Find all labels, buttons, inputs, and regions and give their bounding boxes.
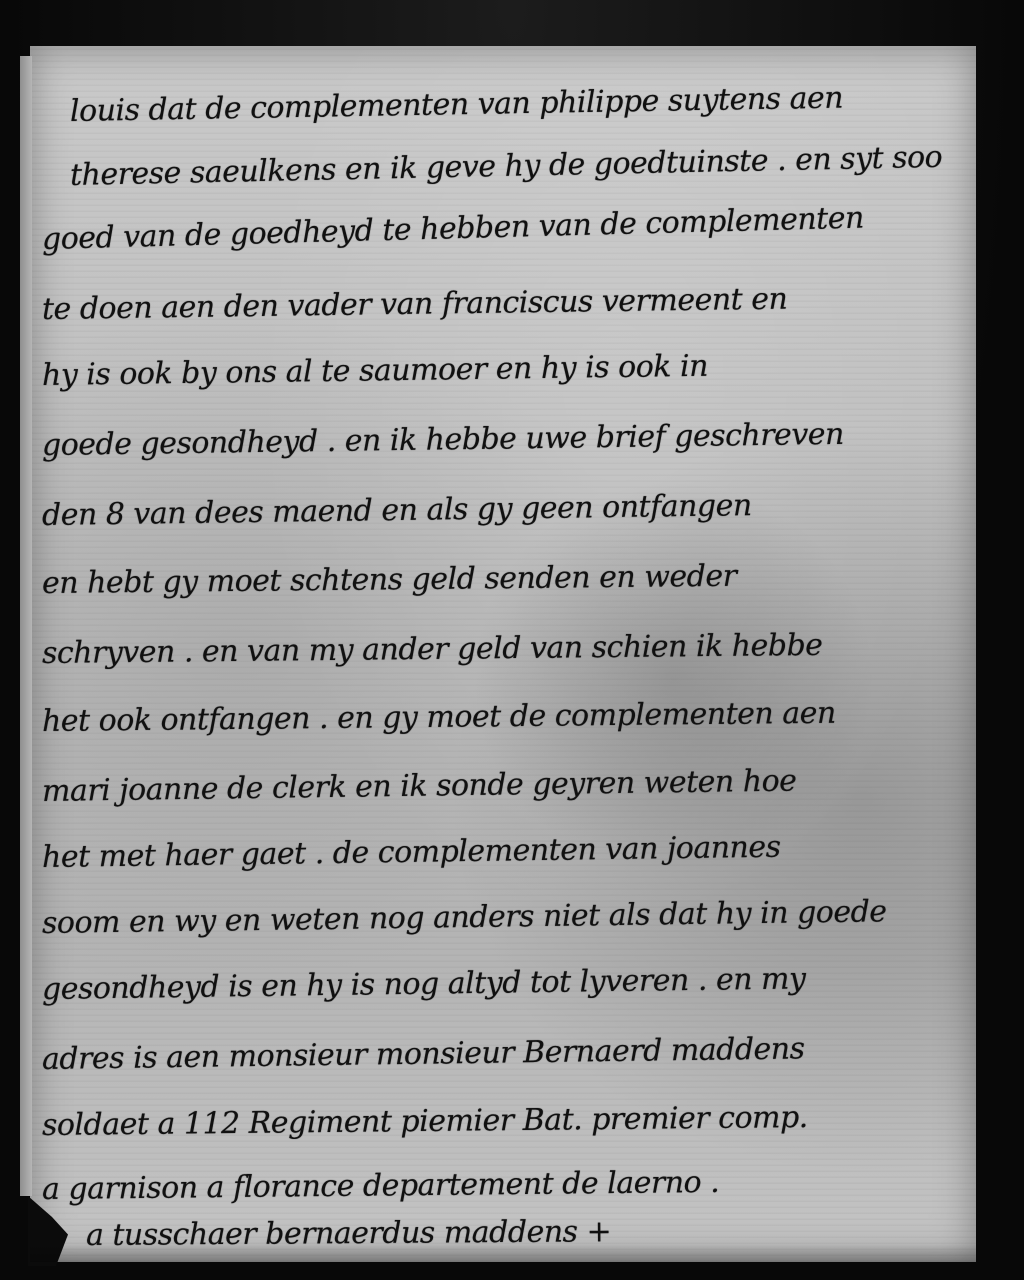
letter-line-4: te doen aen den vader van franciscus ver… — [42, 282, 788, 327]
letter-line-16-address: soldaet a 112 Regiment piemier Bat. prem… — [42, 1100, 808, 1143]
letter-line-3: goed van de goedheyd te hebben van de co… — [42, 200, 865, 257]
letter-line-11: mari joanne de clerk en ik sonde geyren … — [42, 763, 797, 809]
letter-line-1: louis dat de complementen van philippe s… — [70, 81, 844, 129]
letter-line-14: gesondheyd is en hy is nog altyd tot lyv… — [42, 961, 806, 1007]
letter-line-13: soom en wy en weten nog anders niet als … — [42, 894, 887, 941]
letter-line-12: het met haer gaet . de complementen van … — [42, 830, 781, 875]
letter-line-15: adres is aen monsieur monsieur Bernaerd … — [42, 1031, 805, 1077]
letter-signature-line: a tusschaer bernaerdus maddens + — [86, 1214, 611, 1253]
letter-line-8: en hebt gy moet schtens geld senden en w… — [42, 559, 737, 601]
letter-page: louis dat de complementen van philippe s… — [30, 46, 976, 1262]
letter-line-5: hy is ook by ons al te saumoer en hy is … — [42, 349, 708, 393]
letter-line-7: den 8 van dees maend en als gy geen ontf… — [42, 488, 752, 533]
letter-line-17-garrison: a garnison a florance departement de lae… — [42, 1165, 720, 1207]
letter-line-10: het ook ontfangen . en gy moet de comple… — [42, 696, 836, 739]
scanned-document: louis dat de complementen van philippe s… — [0, 0, 1024, 1280]
letter-line-2: therese saeulkens en ik geve hy de goedt… — [70, 140, 943, 193]
letter-line-6: goede gesondheyd . en ik hebbe uwe brief… — [42, 417, 844, 463]
letter-line-9: schryven . en van my ander geld van schi… — [42, 628, 823, 671]
